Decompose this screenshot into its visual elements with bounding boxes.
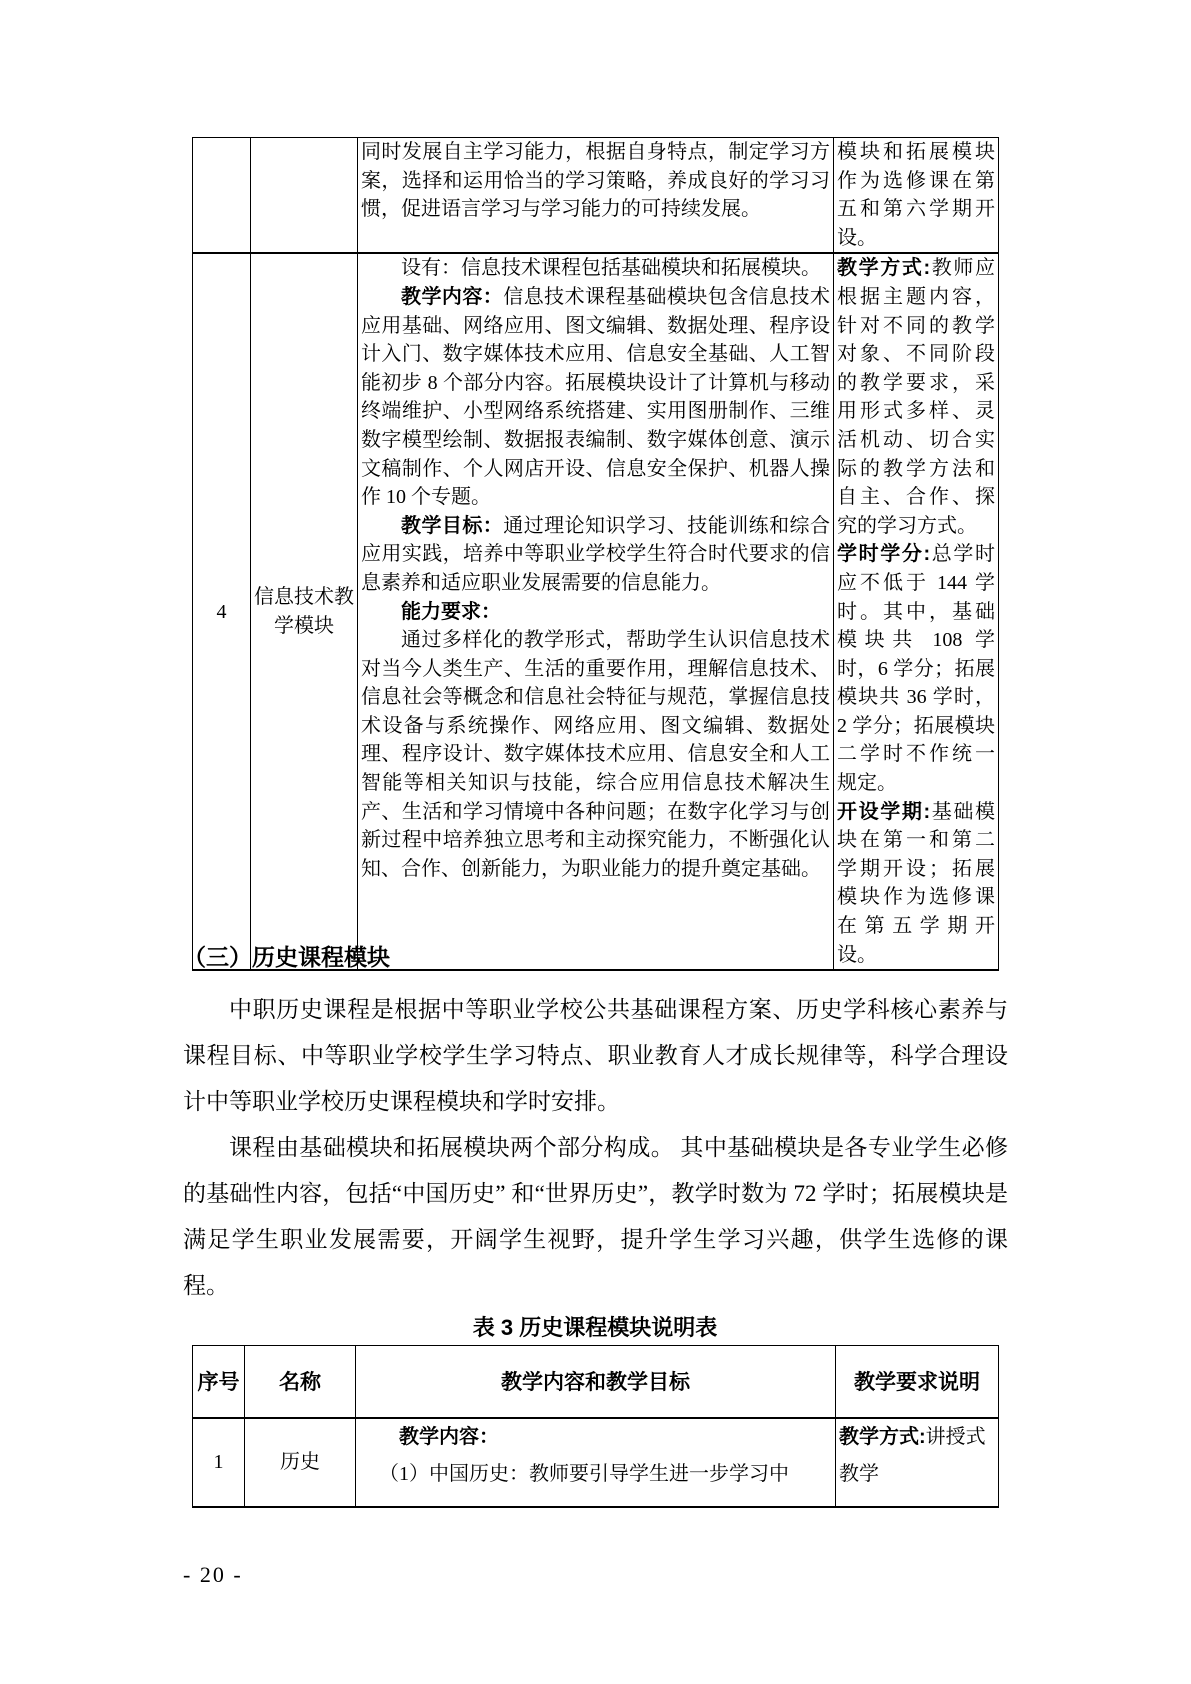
paragraph-text: 教师应根据主题内容，针对不同的教学对象、不同阶段的教学要求，采用形式多样、灵活机… xyxy=(837,257,995,536)
section-body: 中职历史课程是根据中等职业学校公共基础课程方案、历史学科核心素养与课程目标、中等… xyxy=(183,987,1008,1309)
table-header-row: 序号 名称 教学内容和教学目标 教学要求说明 xyxy=(193,1346,999,1418)
cell-name-empty xyxy=(251,138,358,254)
document-page: 同时发展自主学习能力，根据自身特点，制定学习方案，选择和运用恰当的学习策略，养成… xyxy=(0,0,1191,1684)
history-module-table: 序号 名称 教学内容和教学目标 教学要求说明 1 历史 教学内容： （1）中国历… xyxy=(192,1345,999,1508)
bold-label: 教学内容： xyxy=(401,286,503,308)
cell-requirement: 教学方式:讲授式 教学 xyxy=(836,1418,999,1507)
cell-requirement: 教学方式:教师应根据主题内容，针对不同的教学对象、不同阶段的教学要求，采用形式多… xyxy=(834,253,999,970)
body-paragraph: 中职历史课程是根据中等职业学校公共基础课程方案、历史学科核心素养与课程目标、中等… xyxy=(183,987,1008,1125)
paragraph-text: 教学 xyxy=(839,1463,879,1485)
bold-label: 学时学分: xyxy=(837,543,930,565)
bold-label: 能力要求： xyxy=(401,601,501,623)
content-paragraph: （1）中国历史：教师要引导学生进一步学习中 xyxy=(359,1456,832,1493)
paragraph-text: 讲授式 xyxy=(926,1426,986,1448)
cell-requirement: 模块和拓展模块作为选修课在第五和第六学期开设。 xyxy=(834,138,999,254)
cell-index-empty xyxy=(193,138,251,254)
column-header-content: 教学内容和教学目标 xyxy=(356,1346,836,1418)
requirement-paragraph: 教学方式:讲授式 xyxy=(839,1419,995,1456)
paragraph-text: 基础模块在第一和第二学期开设；拓展模块作为选修课在第五学期开设。 xyxy=(837,801,995,966)
table-caption: 表 3 历史课程模块说明表 xyxy=(192,1313,998,1343)
paragraph-text: 设有：信息技术课程包括基础模块和拓展模块。 xyxy=(401,257,821,279)
cell-module-name: 历史 xyxy=(245,1418,356,1507)
paragraph-text: 总学时应不低于 144 学时。其中，基础模块共 108 学时，6 学分；拓展模块… xyxy=(837,543,995,794)
table-row-module-4: 4 信息技术教学模块 设有：信息技术课程包括基础模块和拓展模块。 教学内容：信息… xyxy=(193,253,999,970)
requirement-paragraph: 教学 xyxy=(839,1456,995,1493)
cell-index: 1 xyxy=(193,1418,245,1507)
requirement-paragraph: 学时学分:总学时应不低于 144 学时。其中，基础模块共 108 学时，6 学分… xyxy=(837,540,995,797)
cell-content: 教学内容： （1）中国历史：教师要引导学生进一步学习中 xyxy=(356,1418,836,1507)
table-row-carryover: 同时发展自主学习能力，根据自身特点，制定学习方案，选择和运用恰当的学习策略，养成… xyxy=(193,138,999,254)
table-row-history-1: 1 历史 教学内容： （1）中国历史：教师要引导学生进一步学习中 教学方式:讲授… xyxy=(193,1418,999,1507)
content-paragraph: 教学内容：信息技术课程基础模块包含信息技术应用基础、网络应用、图文编辑、数据处理… xyxy=(361,283,830,512)
bold-label: 教学方式: xyxy=(839,1426,926,1448)
column-header-index: 序号 xyxy=(193,1346,245,1418)
content-paragraph: 能力要求： xyxy=(361,598,830,627)
body-paragraph: 课程由基础模块和拓展模块两个部分构成。 其中基础模块是各专业学生必修的基础性内容… xyxy=(183,1125,1008,1309)
section-heading: （三）历史课程模块 xyxy=(183,941,390,973)
bold-label: 教学内容： xyxy=(399,1426,499,1448)
requirement-paragraph: 开设学期:基础模块在第一和第二学期开设；拓展模块作为选修课在第五学期开设。 xyxy=(837,798,995,970)
column-header-requirement: 教学要求说明 xyxy=(836,1346,999,1418)
paragraph-text: 通过多样化的教学形式，帮助学生认识信息技术对当今人类生产、生活的重要作用，理解信… xyxy=(361,629,830,880)
requirement-paragraph: 教学方式:教师应根据主题内容，针对不同的教学对象、不同阶段的教学要求，采用形式多… xyxy=(837,254,995,540)
cell-content: 同时发展自主学习能力，根据自身特点，制定学习方案，选择和运用恰当的学习策略，养成… xyxy=(358,138,834,254)
cell-index: 4 xyxy=(193,253,251,970)
column-header-name: 名称 xyxy=(245,1346,356,1418)
paragraph-text: 信息技术课程基础模块包含信息技术应用基础、网络应用、图文编辑、数据处理、程序设计… xyxy=(361,286,830,508)
requirement-paragraph: 模块和拓展模块作为选修课在第五和第六学期开设。 xyxy=(837,138,995,252)
cell-content: 设有：信息技术课程包括基础模块和拓展模块。 教学内容：信息技术课程基础模块包含信… xyxy=(358,253,834,970)
content-paragraph: 教学目标：通过理论知识学习、技能训练和综合应用实践，培养中等职业学校学生符合时代… xyxy=(361,512,830,598)
bold-label: 开设学期: xyxy=(837,801,930,823)
cell-module-name: 信息技术教学模块 xyxy=(251,253,358,970)
bold-label: 教学目标： xyxy=(401,515,503,537)
content-paragraph: 教学内容： xyxy=(359,1419,832,1456)
page-number: - 20 - xyxy=(183,1560,243,1590)
course-module-table: 同时发展自主学习能力，根据自身特点，制定学习方案，选择和运用恰当的学习策略，养成… xyxy=(192,137,999,971)
content-paragraph: 同时发展自主学习能力，根据自身特点，制定学习方案，选择和运用恰当的学习策略，养成… xyxy=(361,138,830,224)
content-paragraph: 通过多样化的教学形式，帮助学生认识信息技术对当今人类生产、生活的重要作用，理解信… xyxy=(361,626,830,883)
bold-label: 教学方式: xyxy=(837,257,930,279)
paragraph-text: （1）中国历史：教师要引导学生进一步学习中 xyxy=(379,1463,789,1485)
content-paragraph: 设有：信息技术课程包括基础模块和拓展模块。 xyxy=(361,254,830,283)
